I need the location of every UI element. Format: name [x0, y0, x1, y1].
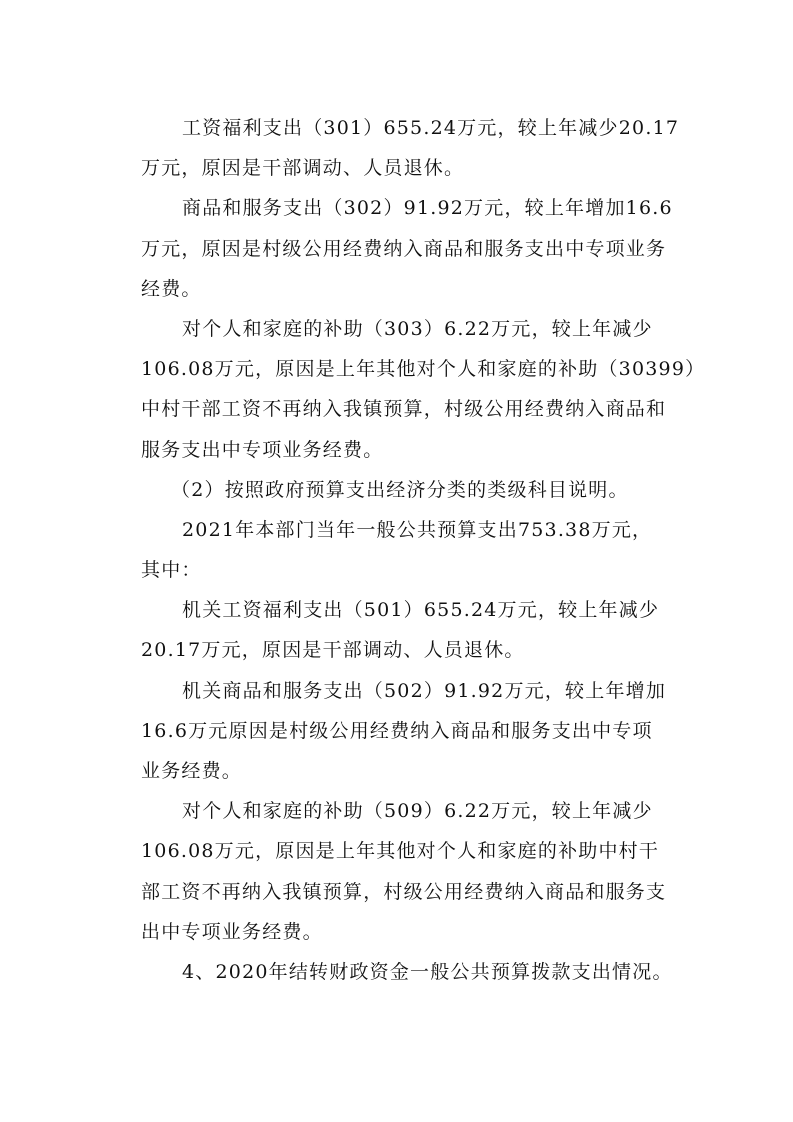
text-line: 万元，原因是村级公用经费纳入商品和服务支出中专项业务: [141, 229, 661, 269]
text-line: 对个人和家庭的补助（303）6.22万元，较上年减少: [141, 309, 661, 349]
document-page: 工资福利支出（301）655.24万元，较上年减少20.17 万元，原因是干部调…: [0, 0, 793, 1122]
section-heading-4: 4、2020年结转财政资金一般公共预算拨款支出情况。: [141, 952, 661, 992]
text-line: （2）按照政府预算支出经济分类的类级科目说明。: [141, 470, 661, 510]
text-line: 4、2020年结转财政资金一般公共预算拨款支出情况。: [141, 952, 661, 992]
text-line: 2021年本部门当年一般公共预算支出753.38万元，: [141, 510, 661, 550]
text-line: 对个人和家庭的补助（509）6.22万元，较上年减少: [141, 791, 661, 831]
text-line: 商品和服务支出（302）91.92万元，较上年增加16.6: [141, 188, 661, 228]
text-line: 106.08万元，原因是上年其他对个人和家庭的补助中村干: [141, 831, 661, 871]
section-heading-2: （2）按照政府预算支出经济分类的类级科目说明。: [141, 470, 661, 510]
text-line: 20.17万元，原因是干部调动、人员退休。: [141, 630, 661, 670]
text-line: 16.6万元原因是村级公用经费纳入商品和服务支出中专项: [141, 711, 661, 751]
text-line: 服务支出中专项业务经费。: [141, 430, 661, 470]
text-line: 其中：: [141, 550, 661, 590]
text-line: 经费。: [141, 269, 661, 309]
text-line: 106.08万元，原因是上年其他对个人和家庭的补助（30399）: [141, 349, 661, 389]
text-line: 机关工资福利支出（501）655.24万元，较上年减少: [141, 590, 661, 630]
text-line: 部工资不再纳入我镇预算，村级公用经费纳入商品和服务支: [141, 872, 661, 912]
text-line: 出中专项业务经费。: [141, 912, 661, 952]
text-line: 万元，原因是干部调动、人员退休。: [141, 148, 661, 188]
paragraph-wages-301: 工资福利支出（301）655.24万元，较上年减少20.17 万元，原因是干部调…: [141, 108, 661, 188]
text-line: 工资福利支出（301）655.24万元，较上年减少20.17: [141, 108, 661, 148]
paragraph-wages-501: 机关工资福利支出（501）655.24万元，较上年减少 20.17万元，原因是干…: [141, 590, 661, 670]
document-body: 工资福利支出（301）655.24万元，较上年减少20.17 万元，原因是干部调…: [141, 108, 661, 992]
paragraph-subsidy-303: 对个人和家庭的补助（303）6.22万元，较上年减少 106.08万元，原因是上…: [141, 309, 661, 470]
text-line: 中村干部工资不再纳入我镇预算，村级公用经费纳入商品和: [141, 389, 661, 429]
text-line: 机关商品和服务支出（502）91.92万元，较上年增加: [141, 671, 661, 711]
text-line: 业务经费。: [141, 751, 661, 791]
paragraph-goods-services-302: 商品和服务支出（302）91.92万元，较上年增加16.6 万元，原因是村级公用…: [141, 188, 661, 309]
paragraph-goods-services-502: 机关商品和服务支出（502）91.92万元，较上年增加 16.6万元原因是村级公…: [141, 671, 661, 792]
paragraph-total-2021: 2021年本部门当年一般公共预算支出753.38万元， 其中：: [141, 510, 661, 590]
paragraph-subsidy-509: 对个人和家庭的补助（509）6.22万元，较上年减少 106.08万元，原因是上…: [141, 791, 661, 952]
